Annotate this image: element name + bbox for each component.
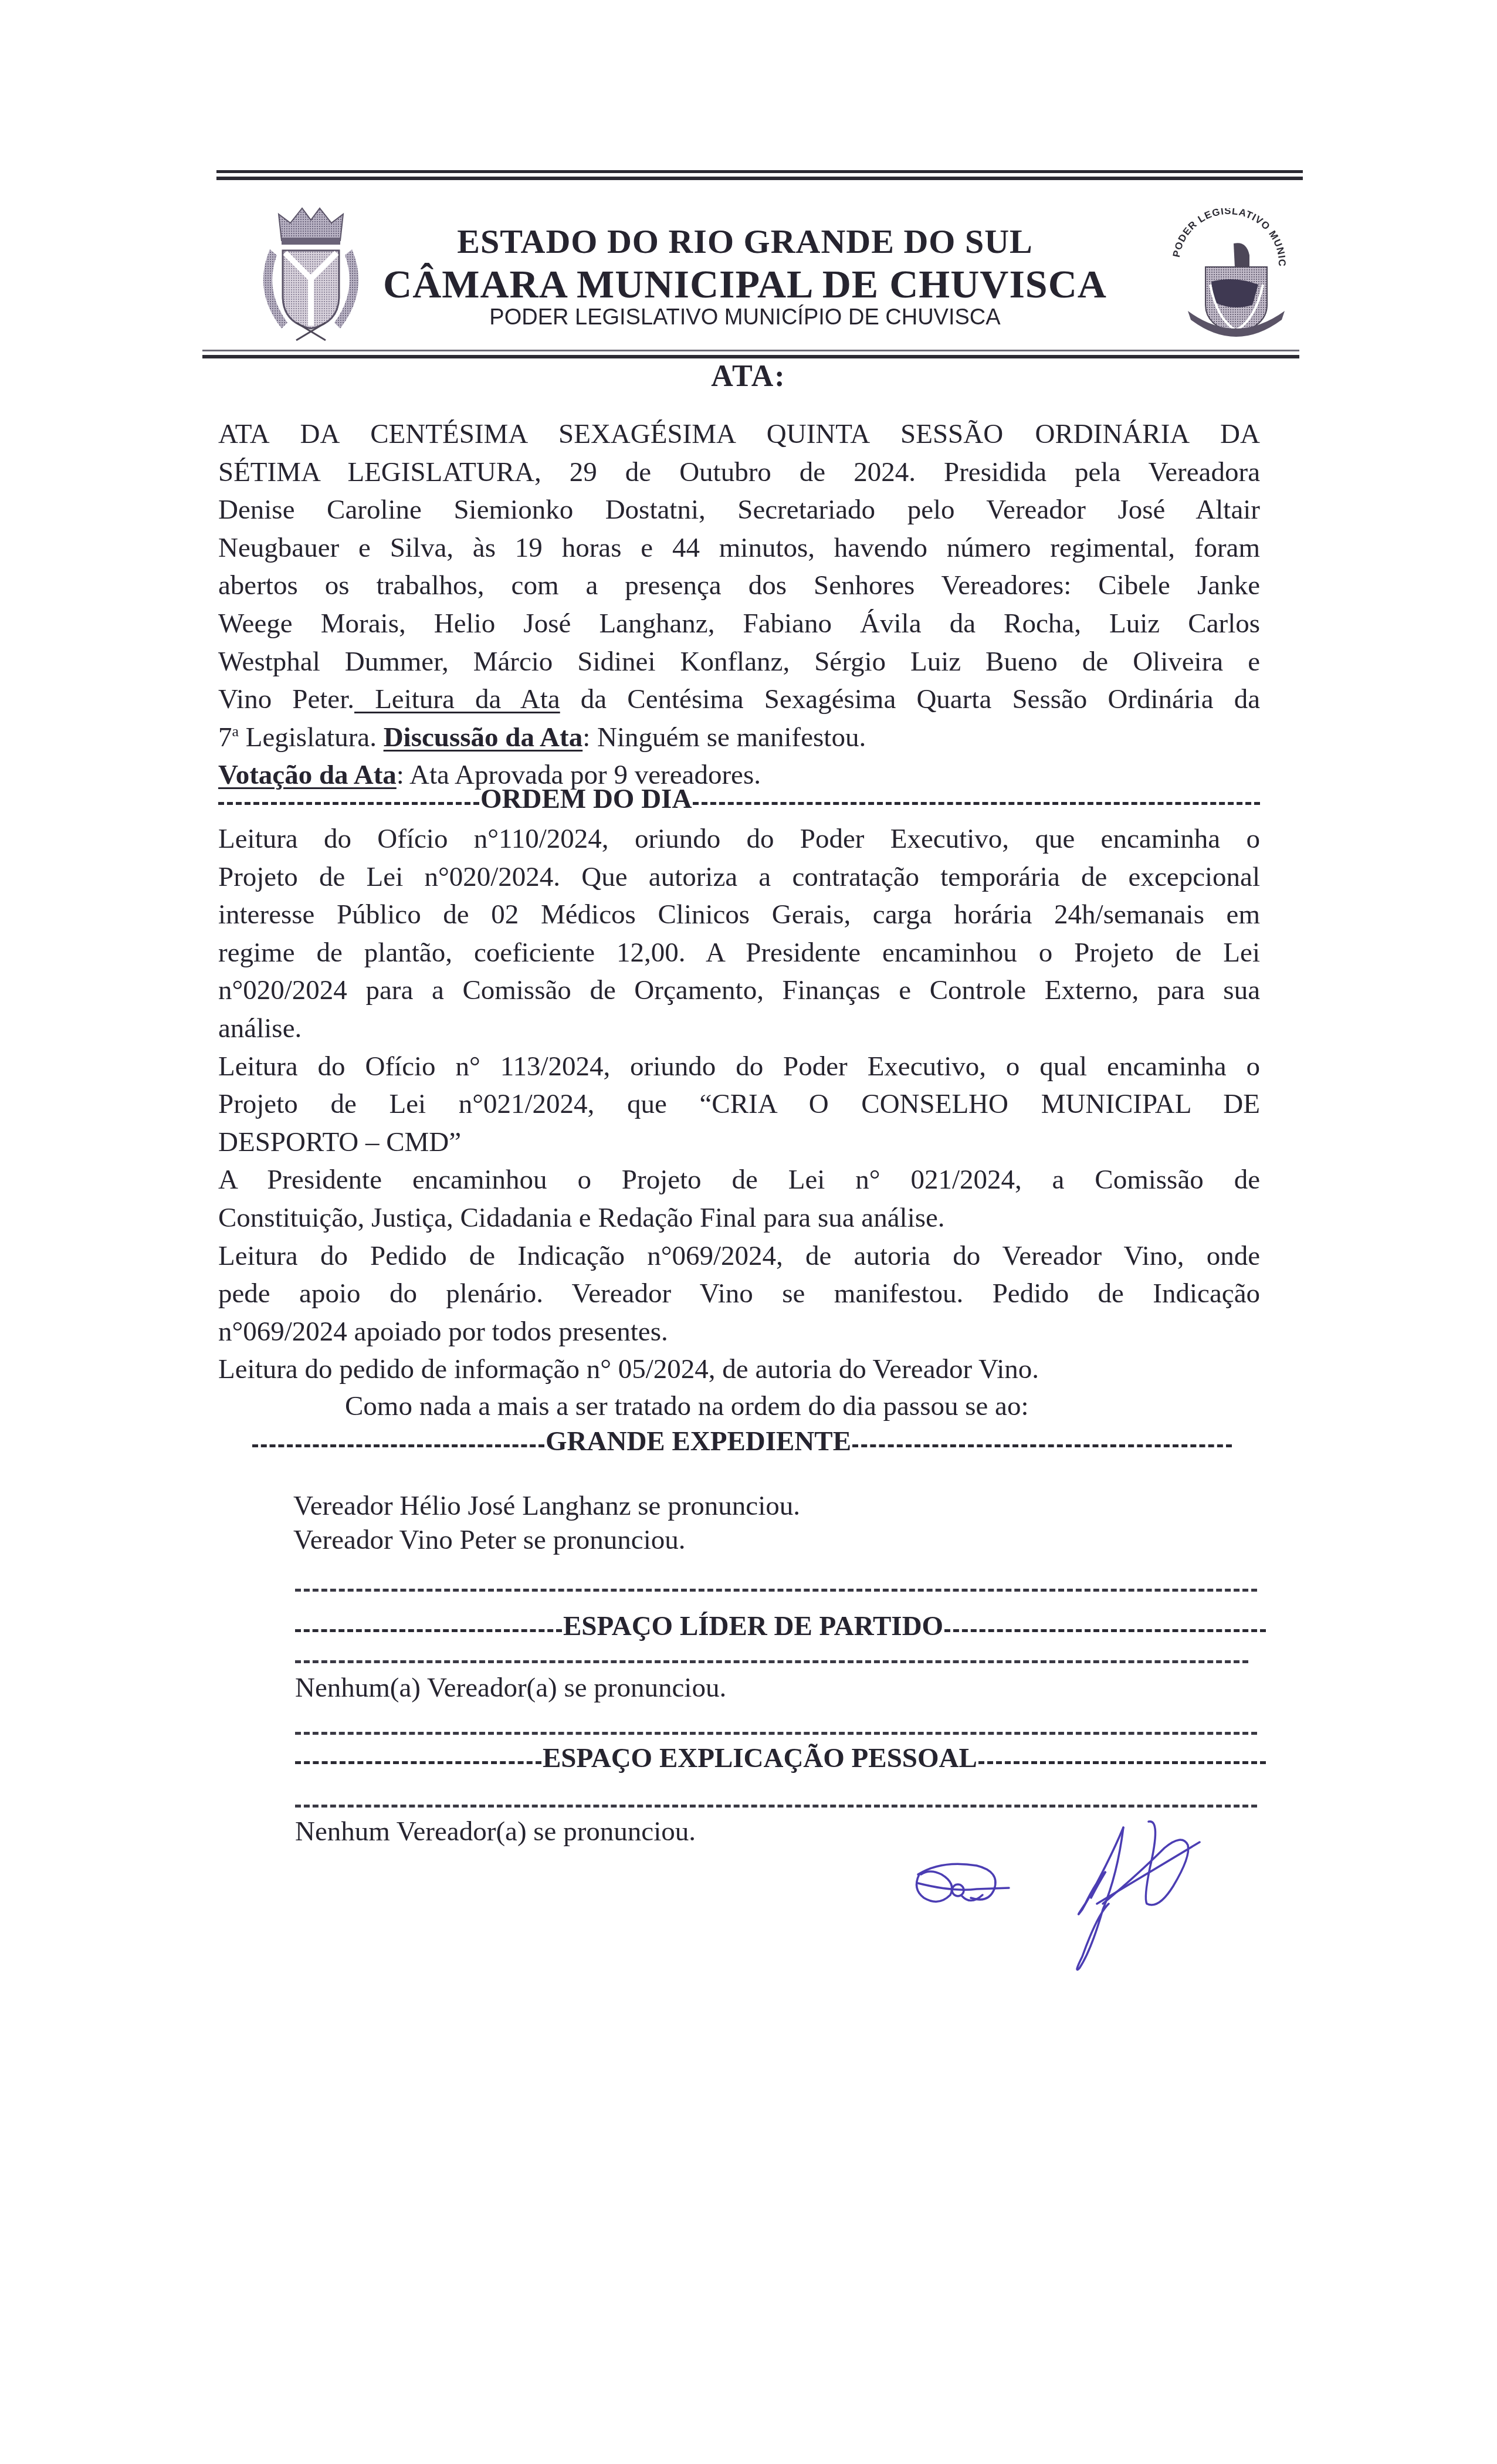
dash-divider bbox=[252, 1444, 544, 1447]
section-heading: GRANDE EXPEDIENTE bbox=[544, 1426, 852, 1457]
dash-divider bbox=[295, 1805, 1257, 1808]
ordem-do-dia-line: Leitura do Ofício n° 113/2024, oriundo d… bbox=[218, 1048, 1260, 1086]
opening-line-leitura: Vino Peter. Leitura da Ata da Centésima … bbox=[218, 681, 1260, 719]
ordem-do-dia-line: interesse Público de 02 Médicos Clinicos… bbox=[218, 896, 1260, 934]
dash-divider bbox=[295, 1660, 1248, 1663]
header-chamber-name: CÂMARA MUNICIPAL DE CHUVISCA bbox=[364, 261, 1126, 307]
header-top-rule-2 bbox=[216, 177, 1303, 180]
opening-line: Neugbauer e Silva, às 19 horas e 44 minu… bbox=[218, 529, 1260, 567]
legislative-seal-icon: PODER LEGISLATIVO MUNICIPAL bbox=[1164, 208, 1291, 340]
dash-divider bbox=[944, 1629, 1266, 1632]
ordem-do-dia-line: DESPORTO – CMD” bbox=[218, 1123, 1260, 1162]
section-heading: ESPAÇO LÍDER DE PARTIDO bbox=[562, 1610, 944, 1642]
opening-line-discussao: 7a Legislatura. Discussão da Ata: Ningué… bbox=[218, 719, 1260, 757]
dash-divider bbox=[693, 802, 1260, 805]
header-bottom-rule-2 bbox=[202, 355, 1299, 358]
opening-line: SÉTIMA LEGISLATURA, 29 de Outubro de 202… bbox=[218, 453, 1260, 492]
dash-divider bbox=[295, 1629, 562, 1632]
ordem-do-dia-line: A Presidente encaminhou o Projeto de Lei… bbox=[218, 1161, 1260, 1199]
ordem-do-dia-line: pede apoio do plenário. Vereador Vino se… bbox=[218, 1275, 1260, 1313]
header-bottom-rule bbox=[202, 350, 1299, 351]
section-grande-expediente: GRANDE EXPEDIENTE bbox=[252, 1426, 1232, 1457]
discussao-da-ata-label: Discussão da Ata bbox=[384, 722, 583, 753]
header-top-rule bbox=[216, 170, 1303, 173]
opening-line: Denise Caroline Siemionko Dostatni, Secr… bbox=[218, 491, 1260, 529]
ordem-do-dia-line: Leitura do Ofício n°110/2024, oriundo do… bbox=[218, 820, 1260, 858]
opening-paragraph: ATA DA CENTÉSIMA SEXAGÉSIMA QUINTA SESSÃ… bbox=[218, 415, 1260, 794]
ordem-do-dia-body: Leitura do Ofício n°110/2024, oriundo do… bbox=[218, 820, 1260, 1389]
leitura-da-ata-label: Leitura da Ata bbox=[354, 684, 560, 715]
speaker-line: Vereador Vino Peter se pronunciou. bbox=[293, 1524, 686, 1556]
explicacao-pessoal-text: Nenhum Vereador(a) se pronunciou. bbox=[295, 1816, 696, 1847]
dash-divider bbox=[295, 1761, 541, 1764]
ordem-do-dia-line: n°069/2024 apoiado por todos presentes. bbox=[218, 1313, 1260, 1351]
transition-text: Como nada a mais a ser tratado na ordem … bbox=[345, 1390, 1029, 1422]
header-subtitle: PODER LEGISLATIVO MUNICÍPIO DE CHUVISCA bbox=[364, 305, 1126, 330]
section-explicacao-pessoal: ESPAÇO EXPLICAÇÃO PESSOAL bbox=[295, 1742, 1266, 1774]
ordem-do-dia-line: Leitura do pedido de informação n° 05/20… bbox=[218, 1351, 1260, 1389]
signature-2 bbox=[1062, 1816, 1203, 1980]
ordem-do-dia-line: Leitura do Pedido de Indicação n°069/202… bbox=[218, 1237, 1260, 1275]
signature-1 bbox=[906, 1848, 1024, 1913]
ordem-do-dia-line: Projeto de Lei n°020/2024. Que autoriza … bbox=[218, 858, 1260, 896]
opening-line: Weege Morais, Helio José Langhanz, Fabia… bbox=[218, 605, 1260, 643]
speaker-line: Vereador Hélio José Langhanz se pronunci… bbox=[293, 1490, 800, 1522]
lider-partido-text: Nenhum(a) Vereador(a) se pronunciou. bbox=[295, 1672, 726, 1704]
section-heading: ESPAÇO EXPLICAÇÃO PESSOAL bbox=[541, 1742, 978, 1774]
opening-line: abertos os trabalhos, com a presença dos… bbox=[218, 567, 1260, 605]
section-lider-partido: ESPAÇO LÍDER DE PARTIDO bbox=[295, 1610, 1266, 1642]
ordem-do-dia-line: Projeto de Lei n°021/2024, que “CRIA O C… bbox=[218, 1085, 1260, 1123]
svg-text:PODER LEGISLATIVO MUNICIPAL: PODER LEGISLATIVO MUNICIPAL bbox=[1164, 208, 1288, 267]
ordem-do-dia-line: análise. bbox=[218, 1010, 1260, 1048]
ordem-do-dia-line: Constituição, Justiça, Cidadania e Redaç… bbox=[218, 1199, 1260, 1237]
municipal-coat-of-arms-icon bbox=[246, 202, 375, 343]
dash-divider bbox=[852, 1444, 1232, 1447]
section-ordem-do-dia: ORDEM DO DIA bbox=[218, 783, 1260, 815]
opening-line: Westphal Dummer, Márcio Sidinei Konflanz… bbox=[218, 643, 1260, 681]
document-title: ATA: bbox=[0, 359, 1497, 394]
dash-divider bbox=[295, 1589, 1257, 1592]
header-state: ESTADO DO RIO GRANDE DO SUL bbox=[364, 222, 1126, 261]
section-heading: ORDEM DO DIA bbox=[479, 783, 693, 815]
dash-divider bbox=[978, 1761, 1266, 1764]
opening-line: ATA DA CENTÉSIMA SEXAGÉSIMA QUINTA SESSÃ… bbox=[218, 415, 1260, 453]
ordem-do-dia-line: n°020/2024 para a Comissão de Orçamento,… bbox=[218, 972, 1260, 1010]
ordem-do-dia-line: regime de plantão, coeficiente 12,00. A … bbox=[218, 934, 1260, 972]
seal-arc-text: PODER LEGISLATIVO MUNICIPAL bbox=[1164, 208, 1288, 267]
dash-divider bbox=[218, 802, 479, 805]
dash-divider bbox=[295, 1732, 1257, 1735]
